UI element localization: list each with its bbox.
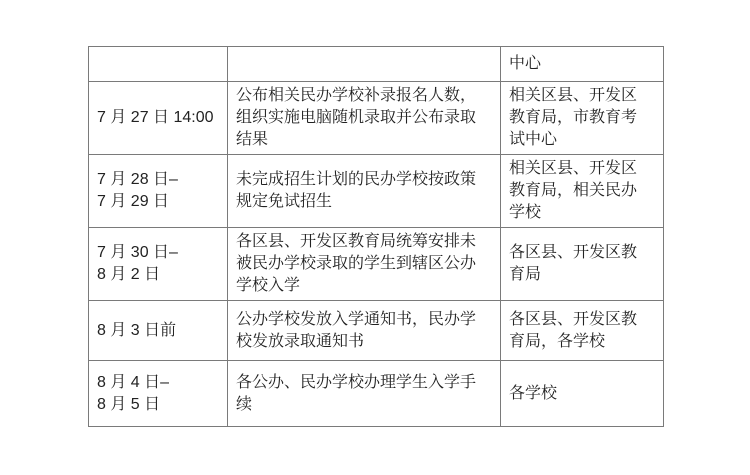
task-cell: 各公办、民办学校办理学生入学手 续 (228, 361, 501, 427)
date-cell: 7 月 27 日 14:00 (89, 82, 228, 155)
unit-cell: 各学校 (501, 361, 664, 427)
task-cell: 公办学校发放入学通知书，民办学 校发放录取通知书 (228, 301, 501, 361)
date-cell: 8 月 4 日– 8 月 5 日 (89, 361, 228, 427)
date-cell: 7 月 30 日– 8 月 2 日 (89, 228, 228, 301)
task-cell: 公布相关民办学校补录报名人数， 组织实施电脑随机录取并公布录取 结果 (228, 82, 501, 155)
header-unit-cell: 中心 (501, 47, 664, 82)
unit-cell: 相关区县、开发区 教育局，相关民办 学校 (501, 155, 664, 228)
header-date-cell (89, 47, 228, 82)
table-row: 8 月 4 日– 8 月 5 日 各公办、民办学校办理学生入学手 续 各学校 (89, 361, 664, 427)
table-header-row: 中心 (89, 47, 664, 82)
unit-cell: 各区县、开发区教 育局 (501, 228, 664, 301)
unit-cell: 各区县、开发区教 育局，各学校 (501, 301, 664, 361)
task-cell: 未完成招生计划的民办学校按政策 规定免试招生 (228, 155, 501, 228)
date-cell: 8 月 3 日前 (89, 301, 228, 361)
task-cell: 各区县、开发区教育局统筹安排未 被民办学校录取的学生到辖区公办 学校入学 (228, 228, 501, 301)
table-row: 7 月 27 日 14:00 公布相关民办学校补录报名人数， 组织实施电脑随机录… (89, 82, 664, 155)
enrollment-schedule-table: 中心 7 月 27 日 14:00 公布相关民办学校补录报名人数， 组织实施电脑… (88, 46, 664, 427)
schedule-table-container: 中心 7 月 27 日 14:00 公布相关民办学校补录报名人数， 组织实施电脑… (88, 46, 664, 427)
table-row: 8 月 3 日前 公办学校发放入学通知书，民办学 校发放录取通知书 各区县、开发… (89, 301, 664, 361)
header-task-cell (228, 47, 501, 82)
table-row: 7 月 30 日– 8 月 2 日 各区县、开发区教育局统筹安排未 被民办学校录… (89, 228, 664, 301)
unit-cell: 相关区县、开发区 教育局，市教育考 试中心 (501, 82, 664, 155)
date-cell: 7 月 28 日– 7 月 29 日 (89, 155, 228, 228)
table-row: 7 月 28 日– 7 月 29 日 未完成招生计划的民办学校按政策 规定免试招… (89, 155, 664, 228)
